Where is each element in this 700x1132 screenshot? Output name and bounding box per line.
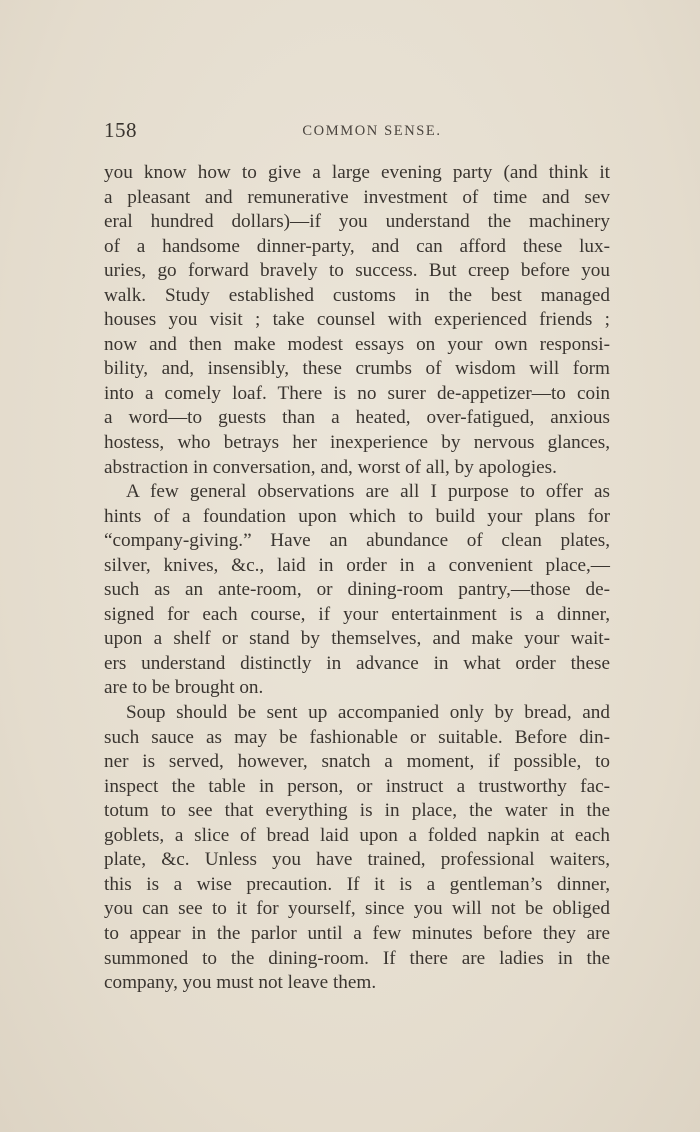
text-line: company, you must not leave them. — [104, 971, 610, 996]
text-line: such sauce as may be fashionable or suit… — [104, 726, 610, 751]
text-line: ers understand distinctly in advance in … — [104, 652, 610, 677]
text-line: a pleasant and remunerative investment o… — [104, 186, 610, 211]
book-page: 158 COMMON SENSE. you know how to give a… — [0, 0, 700, 1132]
text-line: A few general observations are all I pur… — [104, 480, 610, 505]
text-line: ner is served, however, snatch a moment,… — [104, 750, 610, 775]
text-line: now and then make modest essays on your … — [104, 333, 610, 358]
text-line: plate, &c. Unless you have trained, prof… — [104, 848, 610, 873]
text-line: eral hundred dollars)—if you understand … — [104, 210, 610, 235]
text-line: Soup should be sent up accompanied only … — [104, 701, 610, 726]
text-line: upon a shelf or stand by themselves, and… — [104, 627, 610, 652]
text-line: uries, go forward bravely to success. Bu… — [104, 259, 610, 284]
text-line: of a handsome dinner-party, and can affo… — [104, 235, 610, 260]
text-line: hostess, who betrays her inexperience by… — [104, 431, 610, 456]
text-line: goblets, a slice of bread laid upon a fo… — [104, 824, 610, 849]
text-line: inspect the table in person, or instruct… — [104, 775, 610, 800]
paragraph: A few general observations are all I pur… — [104, 480, 610, 701]
text-line: a word—to guests than a heated, over-fat… — [104, 406, 610, 431]
text-line: “company-giving.” Have an abundance of c… — [104, 529, 610, 554]
text-line: abstraction in conversation, and, worst … — [104, 456, 610, 481]
text-line: walk. Study established customs in the b… — [104, 284, 610, 309]
body-text: you know how to give a large evening par… — [104, 161, 610, 996]
text-line: signed for each course, if your entertai… — [104, 603, 610, 628]
text-line: houses you visit ; take counsel with exp… — [104, 308, 610, 333]
text-line: you know how to give a large evening par… — [104, 161, 610, 186]
running-title: COMMON SENSE. — [104, 123, 610, 140]
text-line: this is a wise precaution. If it is a ge… — [104, 873, 610, 898]
text-line: summoned to the dining-room. If there ar… — [104, 947, 610, 972]
text-line: you can see to it for yourself, since yo… — [104, 897, 610, 922]
text-line: are to be brought on. — [104, 676, 610, 701]
text-line: to appear in the parlor until a few minu… — [104, 922, 610, 947]
text-line: silver, knives, &c., laid in order in a … — [104, 554, 610, 579]
text-line: into a comely loaf. There is no surer de… — [104, 382, 610, 407]
paragraph: Soup should be sent up accompanied only … — [104, 701, 610, 996]
text-line: totum to see that everything is in place… — [104, 799, 610, 824]
text-line: hints of a foundation upon which to buil… — [104, 505, 610, 530]
text-line: bility, and, insensibly, these crumbs of… — [104, 357, 610, 382]
text-line: such as an ante-room, or dining-room pan… — [104, 578, 610, 603]
running-head: 158 COMMON SENSE. — [104, 118, 610, 144]
paragraph: you know how to give a large evening par… — [104, 161, 610, 480]
